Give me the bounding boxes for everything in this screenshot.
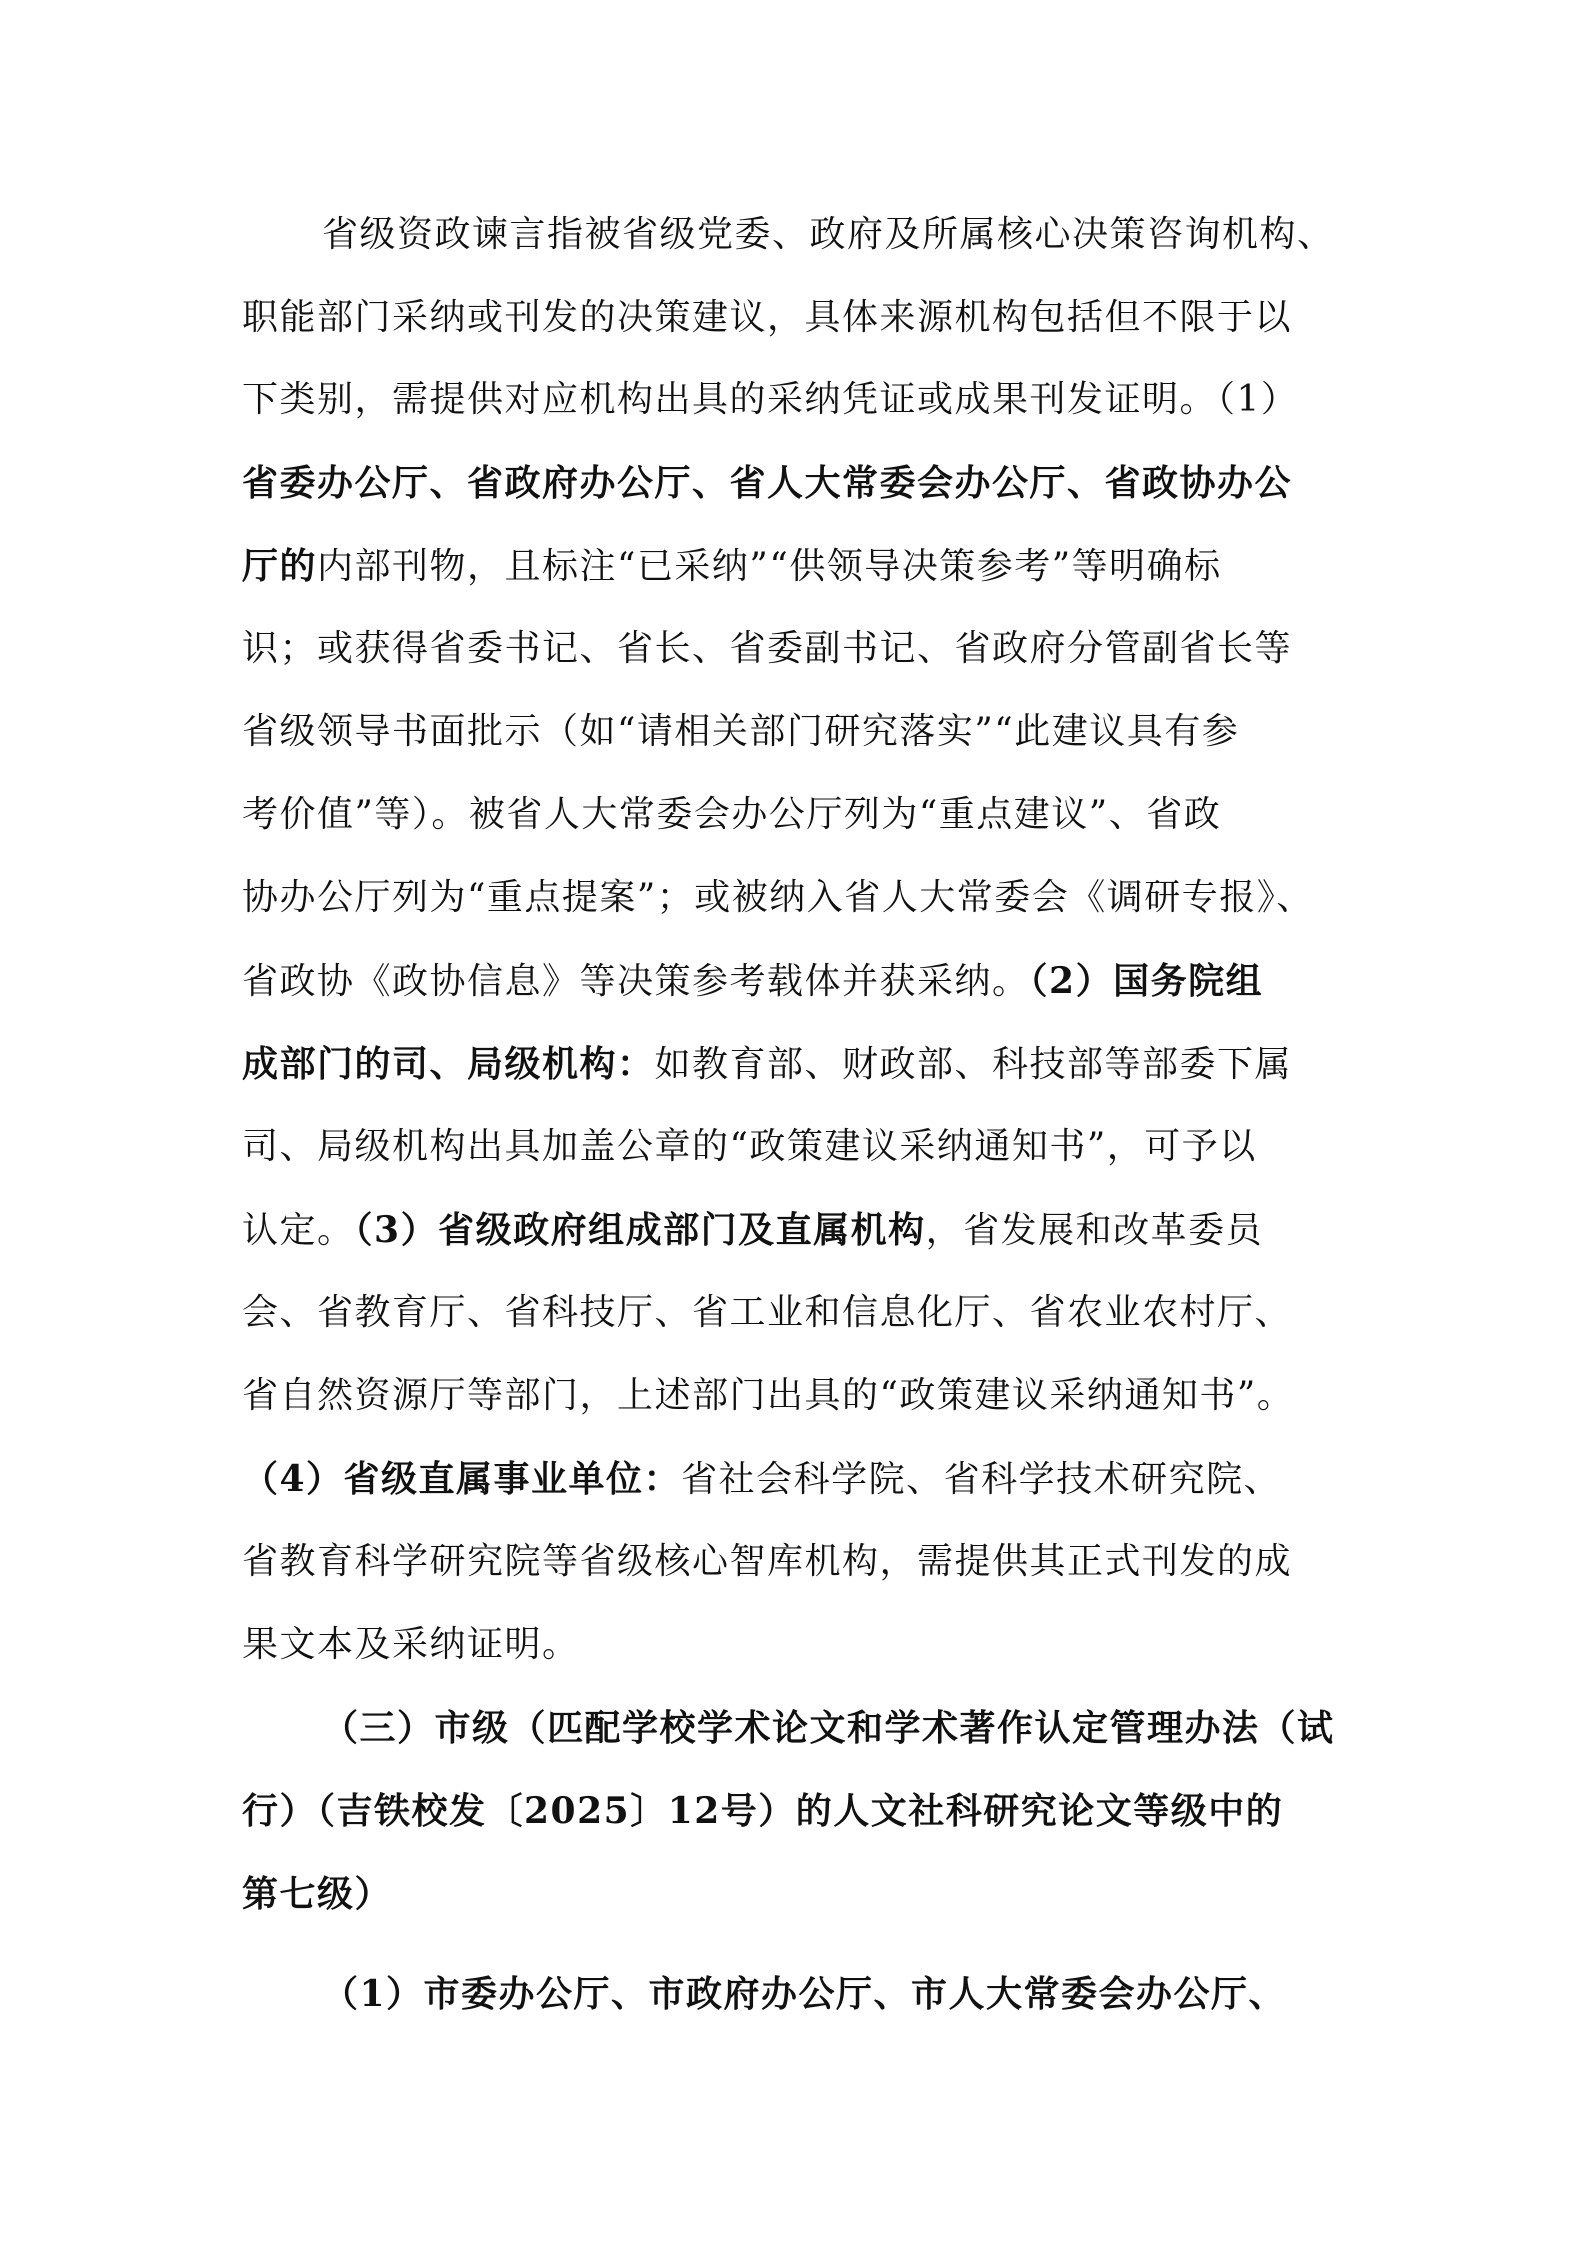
text-segment: 考价值”等）。被省人大常委会办公厅列为“重点建议”、省政 bbox=[242, 794, 1221, 835]
bold-text-segment: 第七级） bbox=[242, 1873, 392, 1915]
text-line: 省级资政谏言指被省级党委、政府及所属核心决策咨询机构、 bbox=[322, 205, 1442, 265]
text-segment: 司、局级机构出具加盖公章的“政策建议采纳通知书”，可予以 bbox=[242, 1126, 1257, 1167]
text-segment: 省级资政谏言指被省级党委、政府及所属核心决策咨询机构、 bbox=[322, 214, 1335, 255]
text-segment: 省自然资源厅等部门，上述部门出具的“政策建议采纳通知书”。 bbox=[242, 1375, 1294, 1416]
text-line: （1）市委办公厅、市政府办公厅、市人大常委会办公厅、 bbox=[322, 1964, 1442, 2024]
text-segment: 下类别，需提供对应机构出具的采纳凭证或成果刊发证明。（1） bbox=[242, 379, 1298, 420]
text-line: 识；或获得省委书记、省长、省委副书记、省政府分管副省长等 bbox=[242, 619, 1362, 679]
bold-text-segment: 厅的 bbox=[242, 545, 317, 587]
text-line: （4）省级直属事业单位：省社会科学院、省科学技术研究院、 bbox=[242, 1449, 1362, 1509]
text-line: 厅的内部刊物，且标注“已采纳”“供领导决策参考”等明确标 bbox=[242, 536, 1362, 596]
bold-text-segment: （三）市级（匹配学校学术论文和学术著作认定管理办法（试 bbox=[322, 1707, 1335, 1749]
text-segment: 职能部门采纳或刊发的决策建议，具体来源机构包括但不限于以 bbox=[242, 297, 1292, 338]
text-segment: 果文本及采纳证明。 bbox=[242, 1624, 580, 1665]
text-segment: 认定。 bbox=[242, 1210, 355, 1251]
text-line: 下类别，需提供对应机构出具的采纳凭证或成果刊发证明。（1） bbox=[242, 370, 1362, 430]
bold-text-segment: （2）国务院组 bbox=[1030, 960, 1264, 1002]
text-segment: 省社会科学院、省科学技术研究院、 bbox=[681, 1459, 1281, 1500]
text-segment: 会、省教育厅、省科技厅、省工业和信息化厅、省农业农村厅、 bbox=[242, 1292, 1292, 1333]
text-line: 司、局级机构出具加盖公章的“政策建议采纳通知书”，可予以 bbox=[242, 1117, 1362, 1177]
text-line: 考价值”等）。被省人大常委会办公厅列为“重点建议”、省政 bbox=[242, 785, 1362, 845]
bold-text-segment: 省委办公厅、省政府办公厅、省人大常委会办公厅、省政协办公 bbox=[242, 462, 1292, 504]
text-line: 行）（吉铁校发〔2025〕12号）的人文社科研究论文等级中的 bbox=[242, 1781, 1362, 1841]
document-page: 省级资政谏言指被省级党委、政府及所属核心决策咨询机构、职能部门采纳或刊发的决策建… bbox=[0, 0, 1587, 2245]
text-line: 会、省教育厅、省科技厅、省工业和信息化厅、省农业农村厅、 bbox=[242, 1283, 1362, 1343]
bold-text-segment: （1）市委办公厅、市政府办公厅、市人大常委会办公厅、 bbox=[322, 1973, 1286, 2015]
text-segment: 如教育部、财政部、科技部等部委下属 bbox=[655, 1044, 1293, 1085]
text-line: 省教育科学研究院等省级核心智库机构，需提供其正式刊发的成 bbox=[242, 1532, 1362, 1592]
text-line: 省级领导书面批示（如“请相关部门研究落实”“此建议具有参 bbox=[242, 702, 1362, 762]
bold-text-segment: 成部门的司、局级机构： bbox=[242, 1043, 655, 1085]
text-segment: 协办公厅列为“重点提案”；或被纳入省人大常委会《调研专报》、 bbox=[242, 877, 1314, 918]
text-segment: 识；或获得省委书记、省长、省委副书记、省政府分管副省长等 bbox=[242, 628, 1292, 669]
text-line: 职能部门采纳或刊发的决策建议，具体来源机构包括但不限于以 bbox=[242, 288, 1362, 348]
text-segment: 内部刊物，且标注“已采纳”“供领导决策参考”等明确标 bbox=[317, 546, 1222, 587]
bold-text-segment: （3）省级政府组成部门及直属机构 bbox=[355, 1209, 926, 1251]
bold-text-segment: （4）省级直属事业单位： bbox=[242, 1458, 681, 1500]
text-line: 果文本及采纳证明。 bbox=[242, 1615, 1362, 1675]
text-line: 省委办公厅、省政府办公厅、省人大常委会办公厅、省政协办公 bbox=[242, 453, 1362, 513]
text-line: 认定。（3）省级政府组成部门及直属机构，省发展和改革委员 bbox=[242, 1200, 1362, 1260]
text-line: 成部门的司、局级机构：如教育部、财政部、科技部等部委下属 bbox=[242, 1034, 1362, 1094]
text-line: 协办公厅列为“重点提案”；或被纳入省人大常委会《调研专报》、 bbox=[242, 868, 1362, 928]
text-segment: 省级领导书面批示（如“请相关部门研究落实”“此建议具有参 bbox=[242, 711, 1239, 752]
text-line: 省政协《政协信息》等决策参考载体并获采纳。（2）国务院组 bbox=[242, 951, 1362, 1011]
text-segment: 省政协《政协信息》等决策参考载体并获采纳。 bbox=[242, 961, 1030, 1002]
bold-text-segment: 行）（吉铁校发〔2025〕12号）的人文社科研究论文等级中的 bbox=[242, 1790, 1283, 1832]
text-segment: 省教育科学研究院等省级核心智库机构，需提供其正式刊发的成 bbox=[242, 1541, 1292, 1582]
text-line: 第七级） bbox=[242, 1864, 1362, 1924]
text-line: （三）市级（匹配学校学术论文和学术著作认定管理办法（试 bbox=[322, 1698, 1442, 1758]
text-segment: ，省发展和改革委员 bbox=[926, 1210, 1264, 1251]
text-line: 省自然资源厅等部门，上述部门出具的“政策建议采纳通知书”。 bbox=[242, 1366, 1362, 1426]
